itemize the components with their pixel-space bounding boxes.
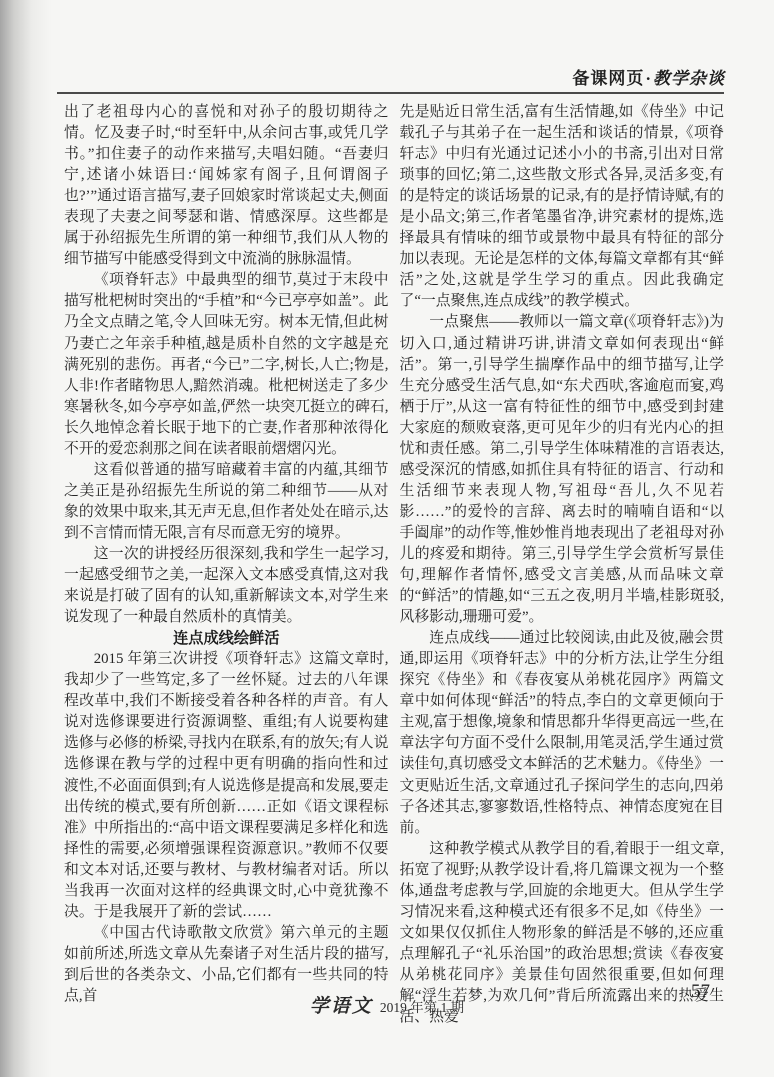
paragraph: 《项脊轩志》中最典型的细节,莫过于末段中描写枇杷树时突出的“手植”和“今已亭亭如… — [64, 270, 389, 459]
paragraph: 这看似普通的描写暗藏着丰富的内蕴,其细节之美正是孙绍振先生所说的第二种细节——从… — [64, 460, 389, 544]
paragraph: 连点成线——通过比较阅读,由此及彼,融会贯通,即运用《项脊轩志》中的分析方法,让… — [400, 628, 725, 838]
journal-page: 备课网页·教学杂谈 出了老祖母内心的喜悦和对孙子的殷切期待之情。忆及妻子时,“时… — [0, 0, 774, 1077]
journal-logo: 学语文 — [310, 995, 373, 1017]
header-section-name: 备课网页 — [572, 69, 644, 88]
page-header: 备课网页·教学杂谈 — [572, 64, 725, 89]
section-heading: 连点成线绘鲜活 — [64, 628, 389, 649]
page-footer: 学语文2019 年第 1 期 — [0, 991, 774, 1018]
page-number: 57 — [691, 981, 710, 1003]
paragraph: 一点聚焦——教师以一篇文章(《项脊轩志》)为切入口,通过精讲巧讲,讲清文章如何表… — [400, 312, 725, 628]
header-column-name: 教学杂谈 — [653, 69, 725, 89]
paragraph: 这一次的讲授经历很深刻,我和学生一起学习,一起感受细节之美,一起深入文本感受真情… — [64, 544, 389, 628]
issue-label: 2019 年第 1 期 — [380, 1000, 464, 1015]
paragraph: 先是贴近日常生活,富有生活情趣,如《侍坐》中记载孔子与其弟子在一起生活和谈话的情… — [400, 102, 725, 312]
article-body: 出了老祖母内心的喜悦和对孙子的殷切期待之情。忆及妻子时,“时至轩中,从余问古事,… — [64, 102, 724, 1028]
scan-edge-shadow — [0, 0, 52, 1077]
paragraph: 2015 年第三次讲授《项脊轩志》这篇文章时,我却少了一些笃定,多了一丝怀疑。过… — [64, 649, 389, 923]
header-rule — [57, 92, 724, 94]
left-column: 出了老祖母内心的喜悦和对孙子的殷切期待之情。忆及妻子时,“时至轩中,从余问古事,… — [64, 102, 389, 1028]
paragraph: 出了老祖母内心的喜悦和对孙子的殷切期待之情。忆及妻子时,“时至轩中,从余问古事,… — [64, 102, 389, 270]
header-separator-dot: · — [644, 69, 653, 88]
right-column: 先是贴近日常生活,富有生活情趣,如《侍坐》中记载孔子与其弟子在一起生活和谈话的情… — [400, 102, 725, 1028]
